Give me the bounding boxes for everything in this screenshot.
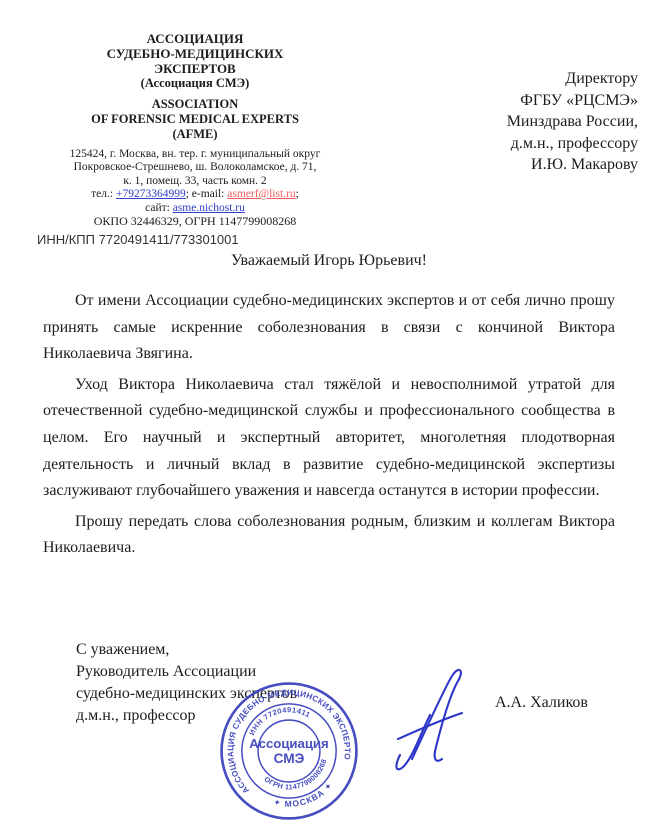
signer-name: А.А. Халиков [495, 694, 588, 712]
letter-body: От имени Ассоциации судебно-медицинских … [43, 288, 615, 566]
signature-ink-icon [390, 663, 485, 781]
recipient-line-5: И.Ю. Макарову [378, 154, 638, 176]
org-stamp-seal: АССОЦИАЦИЯ СУДЕБНО-МЕДИЦИНСКИХ ЭКСПЕРТОВ… [218, 680, 360, 822]
letterhead-org-block: АССОЦИАЦИЯ СУДЕБНО-МЕДИЦИНСКИХ ЭКСПЕРТОВ… [28, 31, 362, 247]
org-okpo-ogrn: ОКПО 32446329, ОГРН 1147799008268 [28, 215, 362, 228]
signoff-line-1: С уважением, [76, 639, 297, 661]
stamp-center-line1: Ассоциация [249, 736, 328, 751]
recipient-line-3: Минздрава России, [378, 111, 638, 133]
org-inn-kpp: ИНН/КПП 7720491411/773301001 [37, 232, 362, 247]
email-link[interactable]: asmerf@list.ru [227, 188, 295, 200]
stamp-seal-icon: АССОЦИАЦИЯ СУДЕБНО-МЕДИЦИНСКИХ ЭКСПЕРТОВ… [218, 680, 360, 822]
letter-page: АССОЦИАЦИЯ СУДЕБНО-МЕДИЦИНСКИХ ЭКСПЕРТОВ… [0, 0, 653, 838]
recipient-line-1: Директору [378, 68, 638, 90]
paragraph-2: Уход Виктора Николаевича стал тяжёлой и … [43, 372, 615, 505]
site-label: сайт: [145, 202, 173, 214]
recipient-line-2: ФГБУ «РЦСМЭ» [378, 90, 638, 112]
salutation: Уважаемый Игорь Юрьевич! [43, 252, 615, 270]
org-contacts-line: тел.: +79273364999; e-mail: asmerf@list.… [28, 188, 362, 201]
org-address-line1: 125424, г. Москва, вн. тер. г. муниципал… [28, 148, 362, 161]
paragraph-3: Прошу передать слова соболезнования родн… [43, 509, 615, 562]
tel-label: тел.: [91, 188, 116, 200]
paragraph-1: От имени Ассоциации судебно-медицинских … [43, 288, 615, 368]
org-name-en-line3: (AFME) [28, 127, 362, 142]
email-label: ; e-mail: [186, 188, 228, 200]
handwritten-signature [390, 663, 485, 781]
phone-link[interactable]: +79273364999 [116, 188, 186, 200]
org-site-line: сайт: asme.nichost.ru [28, 202, 362, 215]
org-address-line3: к. 1, помещ. 33, часть комн. 2 [28, 175, 362, 188]
org-name-en-line1: ASSOCIATION [28, 97, 362, 112]
stamp-center-line2: СМЭ [274, 751, 305, 766]
org-name-ru-line1: АССОЦИАЦИЯ [28, 31, 362, 46]
org-name-en-line2: OF FORENSIC MEDICAL EXPERTS [28, 112, 362, 127]
recipient-line-4: д.м.н., профессору [378, 133, 638, 155]
website-link[interactable]: asme.nichost.ru [173, 202, 245, 214]
org-address-line2: Покровское-Стрешнево, ш. Волоколамское, … [28, 161, 362, 174]
org-name-ru-line2: СУДЕБНО-МЕДИЦИНСКИХ [28, 46, 362, 61]
email-suffix: ; [296, 188, 299, 200]
recipient-block: Директору ФГБУ «РЦСМЭ» Минздрава России,… [378, 68, 638, 176]
org-name-ru-abbr: (Ассоциация СМЭ) [28, 76, 362, 91]
org-name-ru-line3: ЭКСПЕРТОВ [28, 61, 362, 76]
